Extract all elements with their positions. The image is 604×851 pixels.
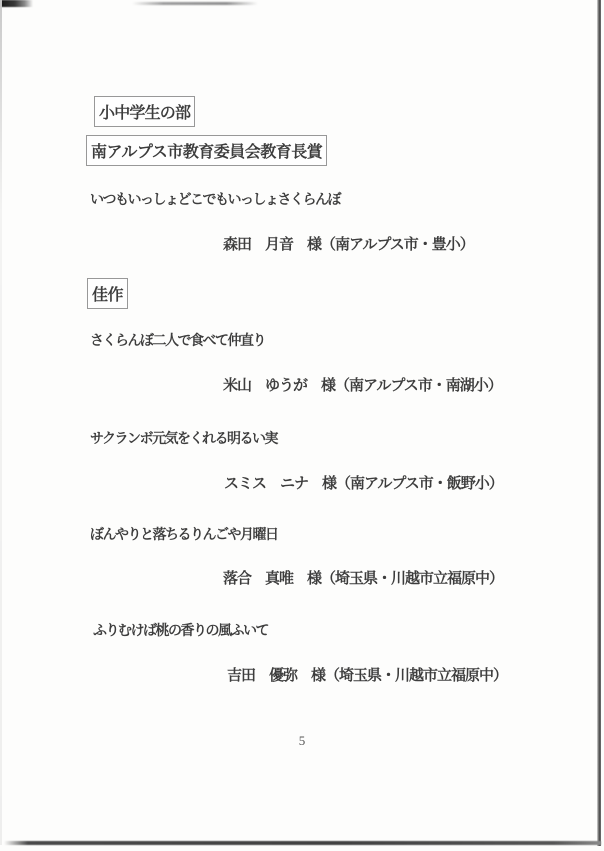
author-text: 吉田 優弥 様（埼玉県・川越市立福原中） [227,664,507,685]
scanned-document-page: 小中学生の部 南アルプス市教育委員会教育長賞 いつもいっしょどこでもいっしょさく… [0,0,604,851]
scan-artifact-left-edge-shade [0,0,2,845]
author-text: スミス ニナ 様（南アルプス市・飯野小） [224,472,503,493]
haiku-text: サクランボ元気をくれる明るい実 [90,428,277,448]
author-text: 米山 ゆうが 様（南アルプス市・南湖小） [223,374,502,395]
haiku-text: ふりむけば桃の香りの風ふいて [93,620,268,640]
scan-artifact-top-left-mark [0,0,33,7]
author-text: 落合 真唯 様（埼玉県・川越市立福原中） [223,567,503,588]
section-header-box: 小中学生の部 [94,96,195,127]
haiku-text: ぼんやりと落ちるりんごや月曜日 [90,524,278,544]
kasaku-title-box: 佳作 [87,278,128,309]
scan-artifact-bottom-edge-line [4,841,601,845]
haiku-text: さくらんぼ二人で食べて仲直り [90,330,265,350]
award-title-box: 南アルプス市教育委員会教育長賞 [86,135,327,166]
scan-artifact-right-edge-line [597,0,601,846]
kasaku-title-label: 佳作 [92,287,123,304]
page-number: 5 [0,733,604,749]
haiku-text: いつもいっしょどこでもいっしょさくらんぼ [90,189,340,209]
section-header-label: 小中学生の部 [99,105,190,122]
scan-artifact-top-smudge [132,2,258,5]
author-text: 森田 月音 様（南アルプス市・豊小） [223,233,474,254]
award-title-label: 南アルプス市教育委員会教育長賞 [91,144,322,161]
